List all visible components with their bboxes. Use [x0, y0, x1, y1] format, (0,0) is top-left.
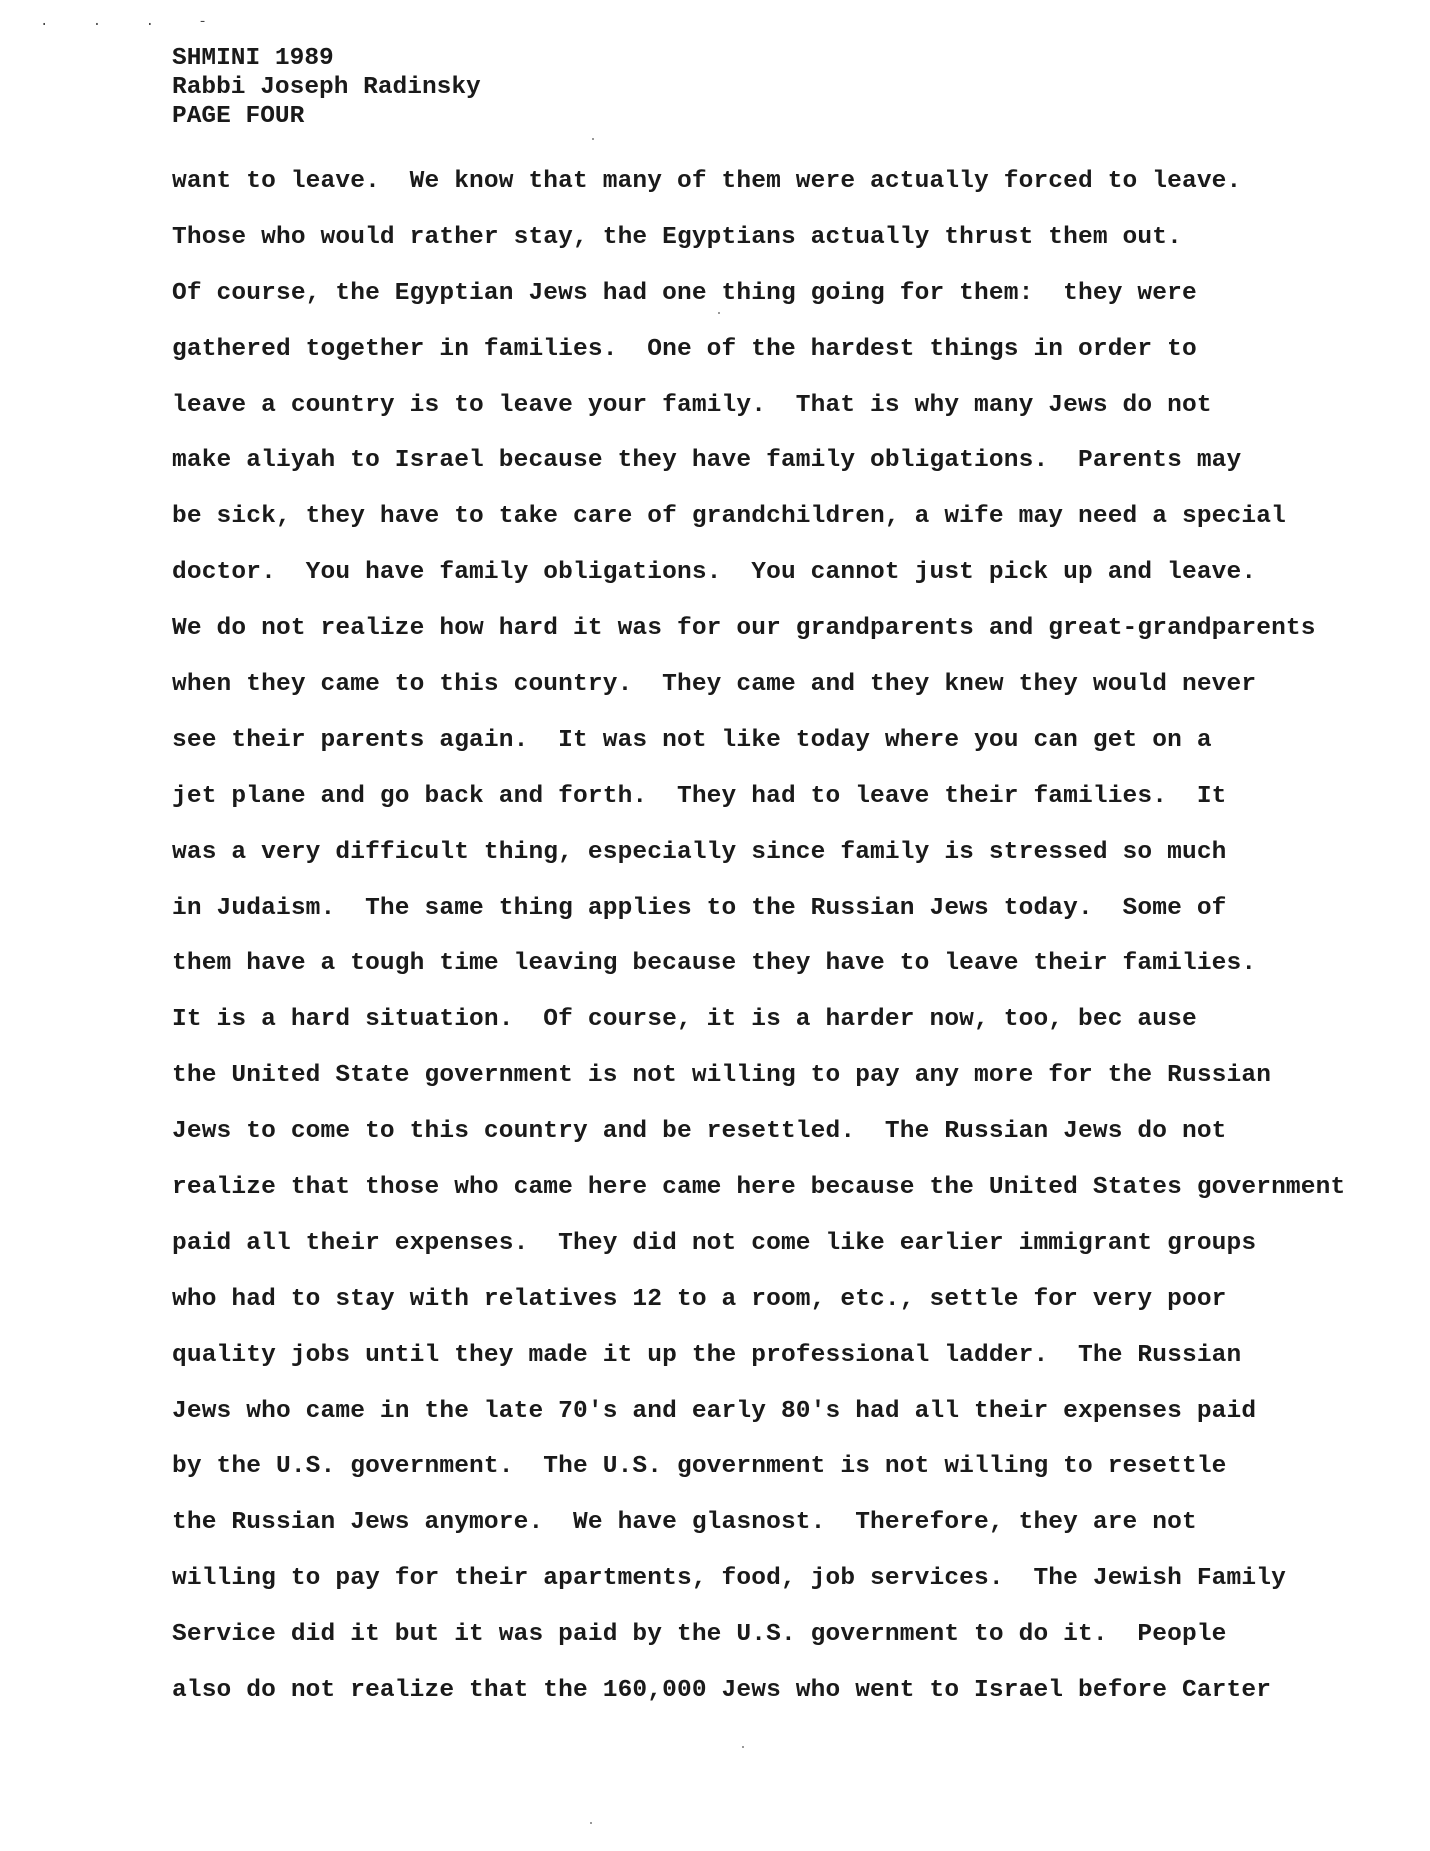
body-text-line: the Russian Jews anymore. We have glasno… — [172, 1495, 1345, 1551]
scan-speck — [592, 138, 594, 140]
body-text-line: Jews who came in the late 70's and early… — [172, 1384, 1345, 1440]
body-text-line: doctor. You have family obligations. You… — [172, 545, 1345, 601]
body-text-line: quality jobs until they made it up the p… — [172, 1328, 1345, 1384]
header-page-label: PAGE FOUR — [172, 102, 481, 131]
header-author: Rabbi Joseph Radinsky — [172, 73, 481, 102]
body-text-line: want to leave. We know that many of them… — [172, 154, 1345, 210]
header-title: SHMINI 1989 — [172, 44, 481, 73]
body-text-line: leave a country is to leave your family.… — [172, 378, 1345, 434]
scan-speck — [742, 1746, 744, 1748]
body-text-line: who had to stay with relatives 12 to a r… — [172, 1272, 1345, 1328]
body-text-line: in Judaism. The same thing applies to th… — [172, 881, 1345, 937]
body-text-line: be sick, they have to take care of grand… — [172, 489, 1345, 545]
scan-artifact-marks: . . . - — [40, 14, 225, 30]
body-text-line: when they came to this country. They cam… — [172, 657, 1345, 713]
body-text-line: also do not realize that the 160,000 Jew… — [172, 1663, 1345, 1719]
body-text-line: Those who would rather stay, the Egyptia… — [172, 210, 1345, 266]
body-text-line: see their parents again. It was not like… — [172, 713, 1345, 769]
document-body: want to leave. We know that many of them… — [172, 154, 1345, 1719]
body-text-line: Of course, the Egyptian Jews had one thi… — [172, 266, 1345, 322]
body-text-line: Jews to come to this country and be rese… — [172, 1104, 1345, 1160]
body-text-line: them have a tough time leaving because t… — [172, 936, 1345, 992]
body-text-line: by the U.S. government. The U.S. governm… — [172, 1439, 1345, 1495]
body-text-line: We do not realize how hard it was for ou… — [172, 601, 1345, 657]
body-text-line: paid all their expenses. They did not co… — [172, 1216, 1345, 1272]
scan-speck — [718, 312, 720, 314]
body-text-line: jet plane and go back and forth. They ha… — [172, 769, 1345, 825]
body-text-line: Service did it but it was paid by the U.… — [172, 1607, 1345, 1663]
body-text-line: willing to pay for their apartments, foo… — [172, 1551, 1345, 1607]
body-text-line: realize that those who came here came he… — [172, 1160, 1345, 1216]
body-text-line: gathered together in families. One of th… — [172, 322, 1345, 378]
document-header: SHMINI 1989 Rabbi Joseph Radinsky PAGE F… — [172, 44, 481, 131]
body-text-line: the United State government is not willi… — [172, 1048, 1345, 1104]
body-text-line: It is a hard situation. Of course, it is… — [172, 992, 1345, 1048]
body-text-line: was a very difficult thing, especially s… — [172, 825, 1345, 881]
body-text-line: make aliyah to Israel because they have … — [172, 433, 1345, 489]
scan-speck — [590, 1822, 592, 1824]
